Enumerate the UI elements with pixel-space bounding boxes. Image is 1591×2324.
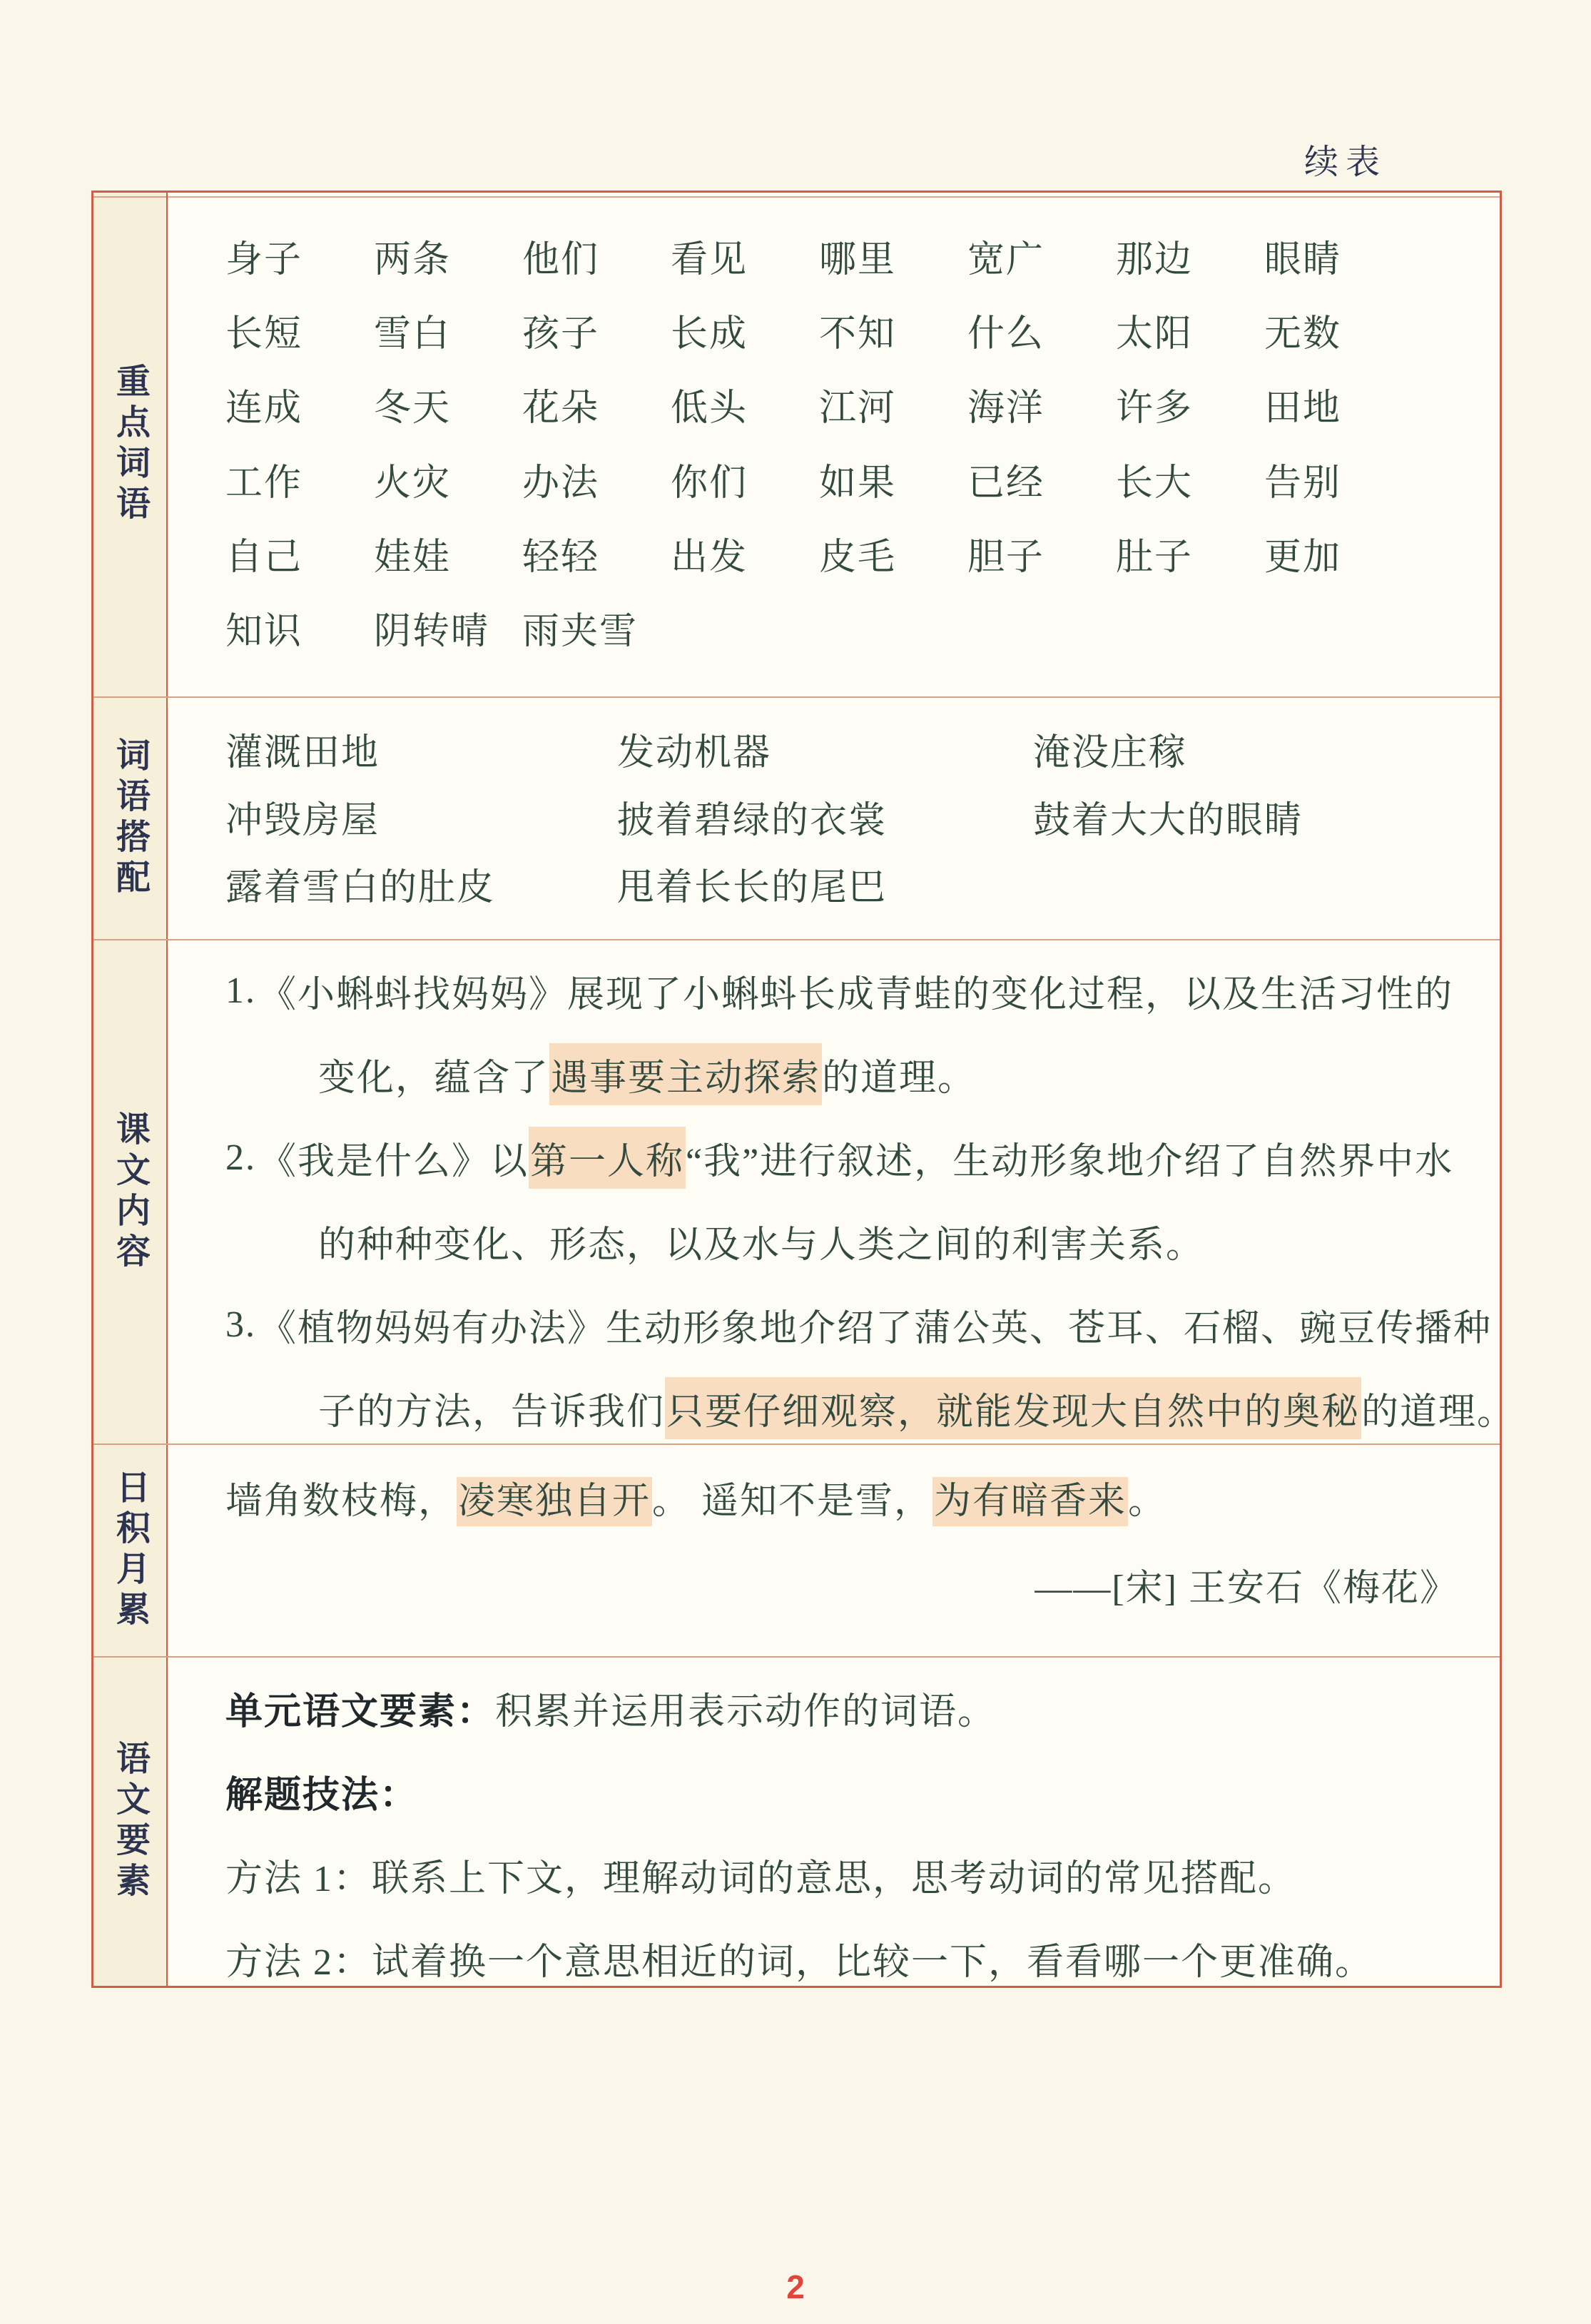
section-label-collocations: 词语搭配: [106, 737, 155, 900]
collocation-item: 淹没庄稼: [1033, 722, 1500, 776]
word: 太阳: [1116, 303, 1264, 357]
section-accumulation: 日积月累 墙角数枝梅，凌寒独自开。 遥知不是雪，为有暗香来。 ——[宋] 王安石…: [93, 1445, 1500, 1658]
section-language-elements: 语文要素 单元语文要素：积累并运用表示动作的词语。解题技法：方法 1：联系上下文…: [93, 1658, 1500, 1986]
text-segment: 方法 1：联系上下文，理解动词的意思，思考动词的常见搭配。: [225, 1848, 1296, 1902]
highlighted-text: 为有暗香来: [932, 1477, 1128, 1526]
word: 你们: [671, 452, 819, 506]
text-segment: 子的方法，告诉我们: [318, 1381, 665, 1435]
word: 长短: [225, 303, 374, 357]
section-label-text-content: 课文内容: [106, 1111, 155, 1274]
language-elements-content: 单元语文要素：积累并运用表示动作的词语。解题技法：方法 1：联系上下文，理解动词…: [168, 1658, 1500, 1986]
word: 雪白: [374, 303, 522, 357]
word: 肚子: [1116, 527, 1264, 580]
content-item-line-wrapped: 变化，蕴含了遇事要主动探索的道理。: [318, 1032, 1500, 1116]
bold-heading-text: 单元语文要素：: [225, 1681, 495, 1735]
scanned-workbook-page: { "page": { "continued_label": "续表", "pa…: [0, 0, 1591, 2324]
word: 他们: [522, 229, 671, 283]
word-row: 连成冬天花朵低头江河海洋许多田地: [225, 377, 1500, 431]
summary-table: 重点词语 身子两条他们看见哪里宽广那边眼睛长短雪白孩子长成不知什么太阳无数连成冬…: [91, 191, 1502, 1988]
word: 火灾: [374, 452, 522, 506]
word: 雨夹雪: [522, 601, 671, 654]
word: 告别: [1264, 452, 1413, 506]
word: 那边: [1116, 229, 1264, 283]
highlighted-text: 凌寒独自开: [457, 1477, 652, 1526]
word: 如果: [819, 452, 967, 506]
word: 低头: [671, 377, 819, 431]
language-elements-list: 单元语文要素：积累并运用表示动作的词语。解题技法：方法 1：联系上下文，理解动词…: [168, 1658, 1500, 2000]
element-line: 单元语文要素：积累并运用表示动作的词语。: [225, 1666, 1500, 1750]
word: 办法: [522, 452, 671, 506]
word: 连成: [225, 377, 374, 431]
text-segment: 。 遥知不是雪，: [652, 1481, 932, 1522]
collocations-grid: 灌溉田地发动机器淹没庄稼冲毁房屋披着碧绿的衣裳鼓着大大的眼睛露着雪白的肚皮甩着长…: [168, 698, 1500, 939]
collocation-item: 冲毁房屋: [225, 790, 617, 843]
word: 田地: [1264, 377, 1413, 431]
section-label-cell: 课文内容: [93, 940, 168, 1443]
text-segment: 的种种变化、形态，以及水与人类之间的利害关系。: [318, 1214, 1204, 1268]
collocation-row: 灌溉田地发动机器淹没庄稼: [225, 722, 1500, 776]
word: 阴转晴: [374, 601, 522, 654]
word: 身子: [225, 229, 374, 283]
element-line: 方法 1：联系上下文，理解动词的意思，思考动词的常见搭配。: [225, 1833, 1500, 1917]
text-segment: 方法 2：试着换一个意思相近的词，比较一下，看看哪一个更准确。: [225, 1932, 1373, 1985]
collocation-item: [1033, 857, 1500, 910]
poem-line: 墙角数枝梅，凌寒独自开。 遥知不是雪，为有暗香来。: [225, 1471, 1500, 1524]
collocation-item: 鼓着大大的眼睛: [1033, 790, 1500, 843]
collocation-row: 冲毁房屋披着碧绿的衣裳鼓着大大的眼睛: [225, 790, 1500, 843]
text-segment: 《小蝌蚪找妈妈》展现了小蝌蚪长成青蛙的变化过程，以及生活习性的: [259, 964, 1453, 1018]
section-label-accumulation: 日积月累: [106, 1469, 155, 1632]
section-label-cell: 重点词语: [93, 193, 168, 696]
section-label-cell: 日积月累: [93, 1445, 168, 1656]
text-segment: “我”进行叙述，生动形象地介绍了自然界中水: [686, 1131, 1453, 1184]
section-label-cell: 语文要素: [93, 1658, 168, 1986]
collocation-item: 露着雪白的肚皮: [225, 857, 617, 910]
highlighted-text: 遇事要主动探索: [549, 1043, 822, 1105]
word: 江河: [819, 377, 967, 431]
word: 娃娃: [374, 527, 522, 580]
poem-attribution: ——[宋] 王安石《梅花》: [1035, 1558, 1458, 1611]
section-label-cell: 词语搭配: [93, 698, 168, 939]
word: 长大: [1116, 452, 1264, 506]
text-segment: 《我是什么》以: [259, 1131, 529, 1184]
text-content-cell: 1.《小蝌蚪找妈妈》展现了小蝌蚪长成青蛙的变化过程，以及生活习性的变化，蕴含了遇…: [168, 940, 1500, 1443]
word: 什么: [967, 303, 1116, 357]
content-item-line-wrapped: 的种种变化、形态，以及水与人类之间的利害关系。: [318, 1199, 1500, 1283]
collocations-content: 灌溉田地发动机器淹没庄稼冲毁房屋披着碧绿的衣裳鼓着大大的眼睛露着雪白的肚皮甩着长…: [168, 698, 1500, 939]
poem-area: 墙角数枝梅，凌寒独自开。 遥知不是雪，为有暗香来。 ——[宋] 王安石《梅花》: [168, 1445, 1500, 1656]
text-segment: 《植物妈妈有办法》生动形象地介绍了蒲公英、苍耳、石榴、豌豆传播种: [259, 1298, 1492, 1351]
section-collocations: 词语搭配 灌溉田地发动机器淹没庄稼冲毁房屋披着碧绿的衣裳鼓着大大的眼睛露着雪白的…: [93, 698, 1500, 940]
bold-heading-text: 解题技法：: [225, 1765, 418, 1818]
text-segment: 。: [1128, 1481, 1166, 1522]
text-segment: 墙角数枝梅，: [225, 1481, 457, 1522]
word-row: 身子两条他们看见哪里宽广那边眼睛: [225, 229, 1500, 283]
word: 海洋: [967, 377, 1116, 431]
section-text-content: 课文内容 1.《小蝌蚪找妈妈》展现了小蝌蚪长成青蛙的变化过程，以及生活习性的变化…: [93, 940, 1500, 1445]
word: 无数: [1264, 303, 1413, 357]
text-segment: 积累并运用表示动作的词语。: [495, 1681, 996, 1735]
word: 花朵: [522, 377, 671, 431]
element-line: 方法 2：试着换一个意思相近的词，比较一下，看看哪一个更准确。: [225, 1917, 1500, 2000]
collocation-item: 发动机器: [617, 722, 1033, 776]
word: 长成: [671, 303, 819, 357]
collocation-item: 甩着长长的尾巴: [617, 857, 1033, 910]
word: 眼睛: [1264, 229, 1413, 283]
item-number: 2.: [225, 1137, 256, 1179]
word: 知识: [225, 601, 374, 654]
word-row: 长短雪白孩子长成不知什么太阳无数: [225, 303, 1500, 357]
section-key-words: 重点词语 身子两条他们看见哪里宽广那边眼睛长短雪白孩子长成不知什么太阳无数连成冬…: [93, 193, 1500, 698]
word: 许多: [1116, 377, 1264, 431]
word: 孩子: [522, 303, 671, 357]
collocation-item: 披着碧绿的衣裳: [617, 790, 1033, 843]
continued-table-label: 续表: [1304, 134, 1387, 183]
content-item-line-wrapped: 子的方法，告诉我们只要仔细观察，就能发现大自然中的奥秘的道理。: [318, 1366, 1500, 1450]
content-item-line: 2.《我是什么》以第一人称“我”进行叙述，生动形象地介绍了自然界中水: [225, 1116, 1500, 1199]
highlighted-text: 第一人称: [529, 1127, 686, 1189]
word: 哪里: [819, 229, 967, 283]
page-number: 2: [0, 2268, 1591, 2306]
word-row: 知识阴转晴雨夹雪: [225, 601, 1500, 654]
word: 宽广: [967, 229, 1116, 283]
word: 冬天: [374, 377, 522, 431]
word-row: 工作火灾办法你们如果已经长大告别: [225, 452, 1500, 506]
word-row: 自己娃娃轻轻出发皮毛胆子肚子更加: [225, 527, 1500, 580]
word: 自己: [225, 527, 374, 580]
word: 两条: [374, 229, 522, 283]
word: 已经: [967, 452, 1116, 506]
item-number: 1.: [225, 970, 256, 1012]
content-item-line: 1.《小蝌蚪找妈妈》展现了小蝌蚪长成青蛙的变化过程，以及生活习性的: [225, 949, 1500, 1032]
text-segment: 的道理。: [1361, 1381, 1515, 1435]
word: 不知: [819, 303, 967, 357]
section-label-key-words: 重点词语: [106, 363, 155, 526]
word: 工作: [225, 452, 374, 506]
collocation-item: 灌溉田地: [225, 722, 617, 776]
highlighted-text: 只要仔细观察，就能发现大自然中的奥秘: [665, 1377, 1361, 1439]
text-segment: 变化，蕴含了: [318, 1047, 549, 1101]
key-words-grid: 身子两条他们看见哪里宽广那边眼睛长短雪白孩子长成不知什么太阳无数连成冬天花朵低头…: [168, 193, 1500, 696]
content-item-line: 3.《植物妈妈有办法》生动形象地介绍了蒲公英、苍耳、石榴、豌豆传播种: [225, 1283, 1500, 1366]
item-number: 3.: [225, 1304, 256, 1346]
section-label-language-elements: 语文要素: [106, 1740, 155, 1903]
collocation-row: 露着雪白的肚皮甩着长长的尾巴: [225, 857, 1500, 910]
word: 更加: [1264, 527, 1413, 580]
key-words-content: 身子两条他们看见哪里宽广那边眼睛长短雪白孩子长成不知什么太阳无数连成冬天花朵低头…: [168, 193, 1500, 696]
element-line: 解题技法：: [225, 1750, 1500, 1833]
accumulation-content: 墙角数枝梅，凌寒独自开。 遥知不是雪，为有暗香来。 ——[宋] 王安石《梅花》: [168, 1445, 1500, 1656]
text-segment: 的道理。: [822, 1047, 976, 1101]
word: 出发: [671, 527, 819, 580]
word: 皮毛: [819, 527, 967, 580]
text-content-list: 1.《小蝌蚪找妈妈》展现了小蝌蚪长成青蛙的变化过程，以及生活习性的变化，蕴含了遇…: [168, 940, 1500, 1450]
word: 看见: [671, 229, 819, 283]
word: 胆子: [967, 527, 1116, 580]
word: 轻轻: [522, 527, 671, 580]
